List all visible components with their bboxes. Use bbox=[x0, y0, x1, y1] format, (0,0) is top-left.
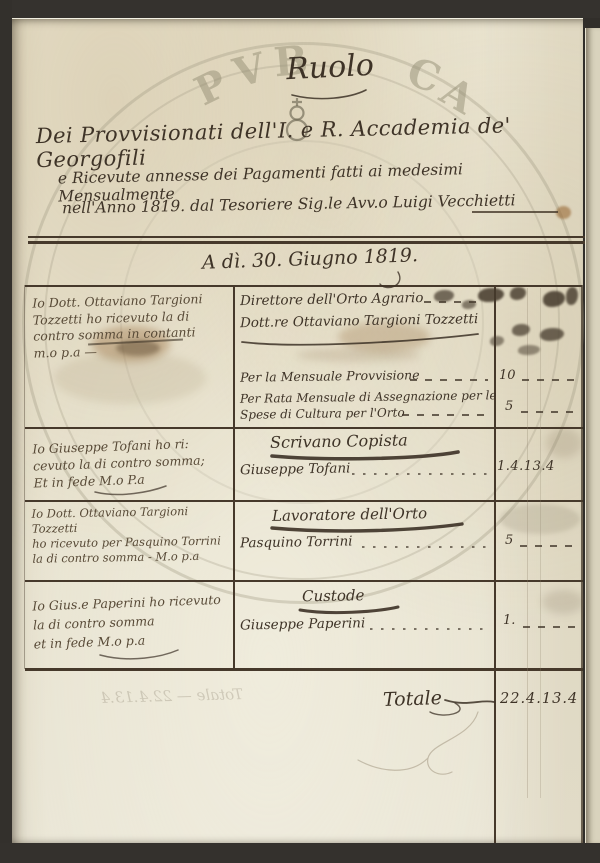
scan-edge-left bbox=[0, 0, 12, 863]
scan-edge-top bbox=[0, 0, 600, 18]
scanned-document: P V B C A Ruolo Dei Provvisionati dell'I… bbox=[0, 0, 600, 863]
ink-flourishes bbox=[0, 0, 600, 863]
scan-edge-bottom bbox=[0, 843, 600, 863]
